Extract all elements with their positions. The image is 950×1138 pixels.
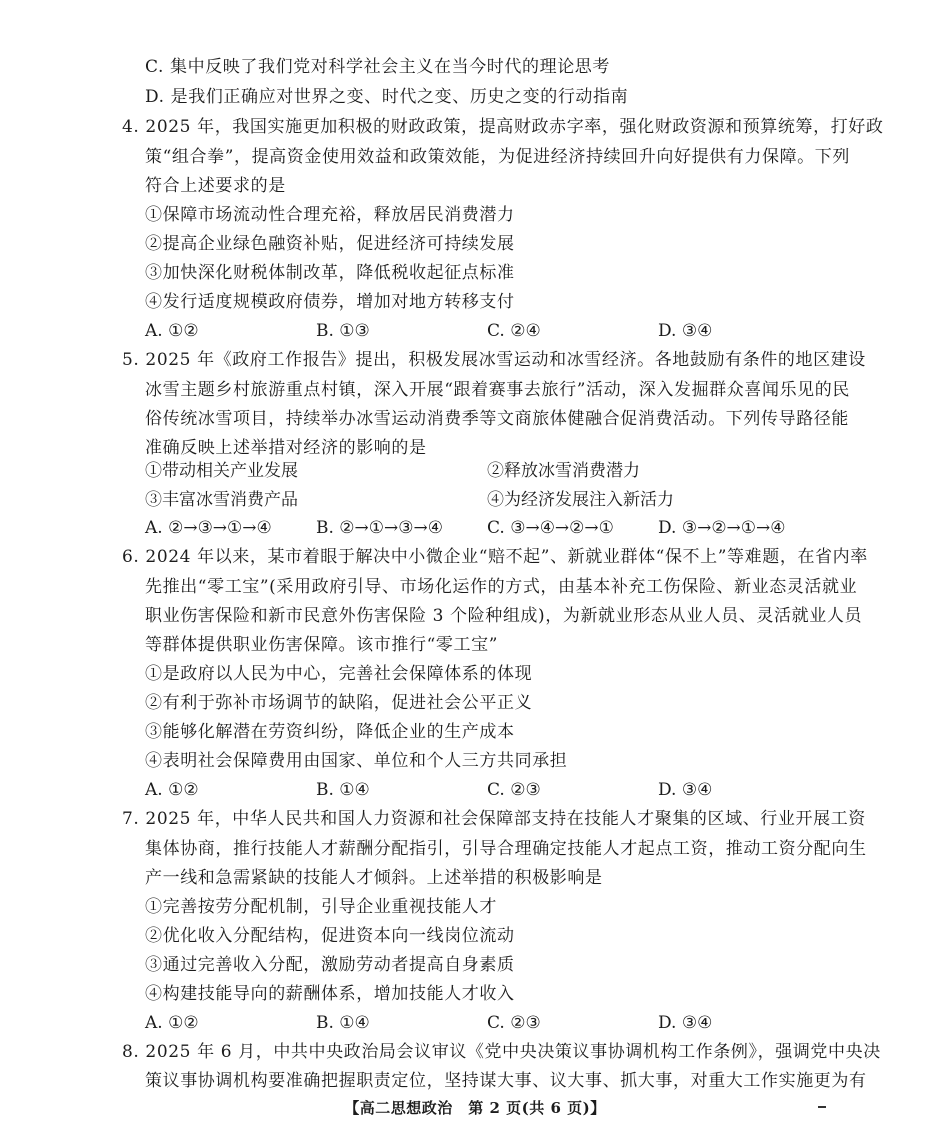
q5-statement-2: ②释放冰雪消费潜力: [487, 460, 640, 482]
q6-choice-c: C. ②③: [487, 779, 541, 801]
q7-stem-line-3: 产一线和急需紧缺的技能人才倾斜。上述举措的积极影响是: [145, 867, 825, 889]
q8-stem-line-2: 策议事协调机构要准确把握职责定位，坚持谋大事、议大事、抓大事，对重大工作实施更为…: [145, 1070, 825, 1092]
q6-statement-2: ②有利于弥补市场调节的缺陷，促进社会公平正义: [145, 692, 825, 714]
q5-choice-b: B. ②→①→③→④: [316, 517, 443, 539]
q6-stem-line-2: 先推出“零工宝”(采用政府引导、市场化运作的方式，由基本补充工伤保险、新业态灵活…: [145, 576, 825, 598]
q7-stem-line-2: 集体协商，推行技能人才薪酬分配指引，引导合理确定技能人才起点工资，推动工资分配向…: [145, 838, 825, 860]
q6-statement-3: ③能够化解潜在劳资纠纷，降低企业的生产成本: [145, 721, 825, 743]
q7-choice-a: A. ①②: [145, 1012, 199, 1034]
q7-choice-c: C. ②③: [487, 1012, 541, 1034]
q4-stem-line-3: 符合上述要求的是: [145, 175, 825, 197]
q4-stem-line-1: 4. 2025 年，我国实施更加积极的财政政策，提高财政赤字率，强化财政资源和预…: [122, 116, 802, 138]
q7-statement-1: ①完善按劳分配机制，引导企业重视技能人才: [145, 896, 825, 918]
q6-statement-4: ④表明社会保障费用由国家、单位和个人三方共同承担: [145, 750, 825, 772]
q6-stem-line-1: 6. 2024 年以来，某市着眼于解决中小微企业“赔不起”、新就业群体“保不上”…: [122, 546, 802, 568]
q4-stem-line-2: 策“组合拳”，提高资金使用效益和政策效能，为促进经济持续回升向好提供有力保障。下…: [145, 146, 825, 168]
q5-stem-line-1: 5. 2025 年《政府工作报告》提出，积极发展冰雪运动和冰雪经济。各地鼓励有条…: [122, 349, 802, 371]
q5-statement-1: ①带动相关产业发展: [145, 460, 298, 482]
q8-stem-line-1: 8. 2025 年 6 月，中共中央政治局会议审议《党中央决策议事协调机构工作条…: [122, 1041, 802, 1063]
q5-stem-line-2: 冰雪主题乡村旅游重点村镇，深入开展“跟着赛事去旅行”活动，深入发掘群众喜闻乐见的…: [145, 379, 825, 401]
q5-statement-3: ③丰富冰雪消费产品: [145, 489, 298, 511]
q5-choice-a: A. ②→③→①→④: [145, 517, 272, 539]
q5-stem-line-4: 准确反映上述举措对经济的影响的是: [145, 437, 825, 459]
q5-statement-4: ④为经济发展注入新活力: [487, 489, 674, 511]
q6-stem-line-4: 等群体提供职业伤害保障。该市推行“零工宝”: [145, 634, 825, 656]
q6-choice-d: D. ③④: [658, 779, 712, 801]
q5-stem-line-3: 俗传统冰雪项目，持续举办冰雪运动消费季等文商旅体健融合促消费活动。下列传导路径能: [145, 408, 825, 430]
q5-choice-c: C. ③→④→②→①: [487, 517, 614, 539]
q3-option-d: D. 是我们正确应对世界之变、时代之变、历史之变的行动指南: [145, 86, 825, 108]
q7-choice-d: D. ③④: [658, 1012, 712, 1034]
q7-choice-b: B. ①④: [316, 1012, 370, 1034]
q5-choice-d: D. ③→②→①→④: [658, 517, 786, 539]
q6-stem-line-3: 职业伤害保险和新市民意外伤害保险 3 个险种组成)，为新就业形态从业人员、灵活就…: [145, 605, 825, 627]
q6-choice-b: B. ①④: [316, 779, 370, 801]
q4-choice-d: D. ③④: [658, 320, 712, 342]
q3-option-c: C. 集中反映了我们党对科学社会主义在当今时代的理论思考: [145, 56, 825, 78]
q4-statement-3: ③加快深化财税体制改革，降低税收起征点标准: [145, 262, 825, 284]
q7-statement-3: ③通过完善收入分配，激励劳动者提高自身素质: [145, 954, 825, 976]
q4-choice-a: A. ①②: [145, 320, 199, 342]
q4-choice-b: B. ①③: [316, 320, 370, 342]
q6-statement-1: ①是政府以人民为中心，完善社会保障体系的体现: [145, 663, 825, 685]
q7-statement-2: ②优化收入分配结构，促进资本向一线岗位流动: [145, 925, 825, 947]
q4-statement-1: ①保障市场流动性合理充裕，释放居民消费潜力: [145, 204, 825, 226]
q4-choice-c: C. ②④: [487, 320, 541, 342]
q6-choice-a: A. ①②: [145, 779, 199, 801]
page-footer: 【高二思想政治 第 2 页(共 6 页)】: [0, 1097, 950, 1118]
q7-stem-line-1: 7. 2025 年，中华人民共和国人力资源和社会保障部支持在技能人才聚集的区域、…: [122, 808, 802, 830]
q7-statement-4: ④构建技能导向的薪酬体系，增加技能人才收入: [145, 983, 825, 1005]
q4-statement-2: ②提高企业绿色融资补贴，促进经济可持续发展: [145, 233, 825, 255]
exam-page: C. 集中反映了我们党对科学社会主义在当今时代的理论思考 D. 是我们正确应对世…: [0, 0, 950, 1138]
q4-statement-4: ④发行适度规模政府债券，增加对地方转移支付: [145, 291, 825, 313]
footer-dash-mark: [818, 1106, 826, 1108]
